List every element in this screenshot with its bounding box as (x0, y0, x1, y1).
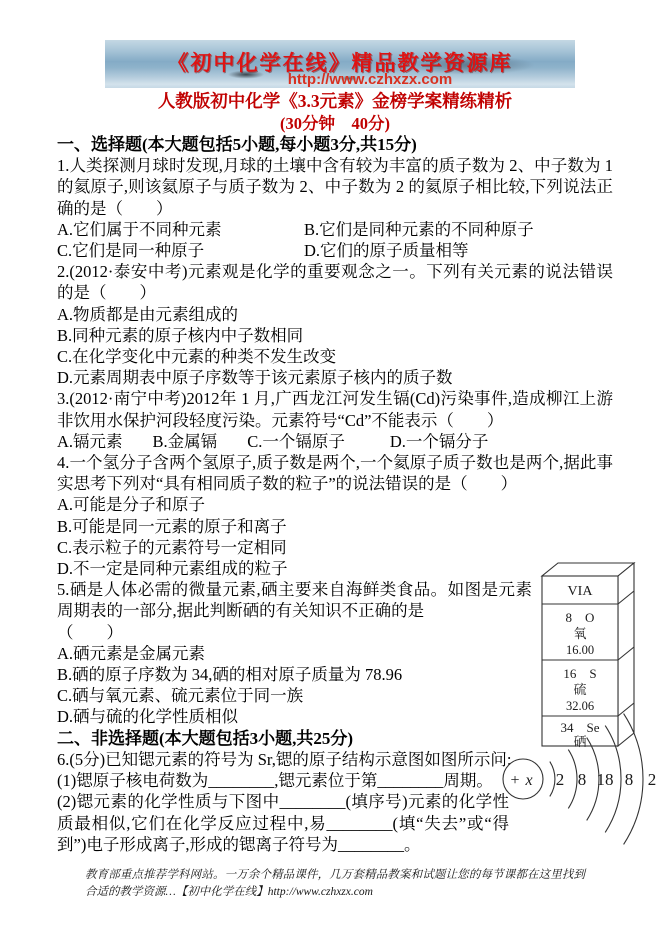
question5-option-a: A.硒元素是金属元素 (57, 643, 613, 664)
shell1-electrons: 2 (556, 770, 565, 789)
question6-stem: 6.(5分)已知锶元素的符号为 Sr,锶的原子结构示意图如图所示问: (57, 749, 547, 770)
question5-option-b: B.硒的原子序数为 34,硒的相对原子质量为 78.96 (57, 664, 613, 685)
document-subtitle: (30分钟 40分) (57, 113, 613, 134)
question2-option-b: B.同种元素的原子核内中子数相同 (57, 325, 613, 346)
sulfur-name: 硫 (573, 682, 586, 697)
shell5-electrons: 2 (648, 770, 657, 789)
question1-stem: 1.人类探测月球时发现,月球的土壤中含有较为丰富的质子数为 2、中子数为 1 的… (57, 155, 613, 219)
group-label: VIA (568, 584, 594, 599)
question4-stem: 4.一个氢分子含两个氢原子,质子数是两个,一个氦原子质子数也是两个,据此事实思考… (57, 452, 613, 494)
shell-arc-1 (550, 762, 555, 797)
question2-option-a: A.物质都是由元素组成的 (57, 304, 613, 325)
question3-option-a: A.镉元素 (57, 431, 123, 452)
oxygen-number-symbol: 8 O (566, 610, 595, 625)
worksheet-page: 《初中化学在线》精品教学资源库 http://www.czhxzx.com 人教… (0, 0, 662, 936)
question1-option-c: C.它们是同一种原子 (57, 240, 304, 261)
question3-option-d: D.一个镉分子 (390, 432, 489, 451)
question4-option-a: A.可能是分子和原子 (57, 494, 613, 515)
nucleus-charge-x: x (524, 772, 532, 789)
question4-option-d: D.不一定是同种元素组成的粒子 (57, 558, 613, 579)
question2-stem: 2.(2012·泰安中考)元素观是化学的重要观念之一。下列有关元素的说法错误的是… (57, 261, 613, 303)
atom-structure-figure: + x 2 8 18 8 2 (495, 709, 662, 849)
nucleus-circle (503, 759, 543, 799)
shell4-electrons: 8 (625, 770, 634, 789)
question6-part1: (1)锶原子核电荷数为________,锶元素位于第________周期。 (57, 770, 509, 791)
sulfur-number-symbol: 16 S (563, 666, 596, 681)
shell3-electrons: 18 (597, 770, 614, 789)
shell-arc-2 (568, 750, 577, 809)
question1-option-d: D.它们的原子质量相等 (304, 241, 469, 260)
question5-option-c: C.硒与氧元素、硫元素位于同一族 (57, 685, 613, 706)
question1-option-a: A.它们属于不同种元素 (57, 219, 304, 240)
question1-option-b: B.它们是同种元素的不同种原子 (304, 220, 534, 239)
question1-options-ab: A.它们属于不同种元素B.它们是同种元素的不同种原子 (57, 219, 613, 240)
question3-stem: 3.(2012·南宁中考)2012年 1 月,广西龙江河发生镉(Cd)污染事件,… (57, 388, 613, 430)
question2-option-d: D.元素周期表中原子序数等于该元素原子核内的质子数 (57, 367, 613, 388)
question3-options: A.镉元素B.金属镉C.一个镉原子D.一个镉分子 (57, 431, 613, 452)
nucleus-plus-sign: + (510, 772, 519, 789)
shell2-electrons: 8 (578, 770, 587, 789)
footer-promo-text: 教育部重点推荐学科网站。一万余个精品课件，几万套精品教案和试题让您的每节课都在这… (85, 867, 585, 901)
question6-part2: (2)锶元素的化学性质与下图中________(填序号)元素的化学性质最相似,它… (57, 791, 509, 855)
question1-options-cd: C.它们是同一种原子D.它们的原子质量相等 (57, 240, 613, 261)
oxygen-mass: 16.00 (566, 643, 594, 657)
oxygen-name: 氧 (573, 626, 586, 641)
banner-background-image: 《初中化学在线》精品教学资源库 http://www.czhxzx.com (105, 40, 575, 88)
question4-option-c: C.表示粒子的元素符号一定相同 (57, 537, 613, 558)
section1-heading: 一、选择题(本大题包括5小题,每小题3分,共15分) (57, 134, 613, 155)
question2-option-c: C.在化学变化中元素的种类不发生改变 (57, 346, 613, 367)
banner-url: http://www.czhxzx.com (165, 71, 575, 88)
question5-paren: （ ） (57, 622, 613, 643)
question4-option-b: B.可能是同一元素的原子和离子 (57, 516, 613, 537)
question3-option-c: C.一个镉原子 (247, 431, 345, 452)
document-title: 人教版初中化学《3.3元素》金榜学案精练精析 (57, 90, 613, 113)
question3-option-b: B.金属镉 (153, 431, 218, 452)
question5-stem: 5.硒是人体必需的微量元素,硒主要来自海鲜类食品。如图是元素周期表的一部分,据此… (57, 579, 532, 621)
